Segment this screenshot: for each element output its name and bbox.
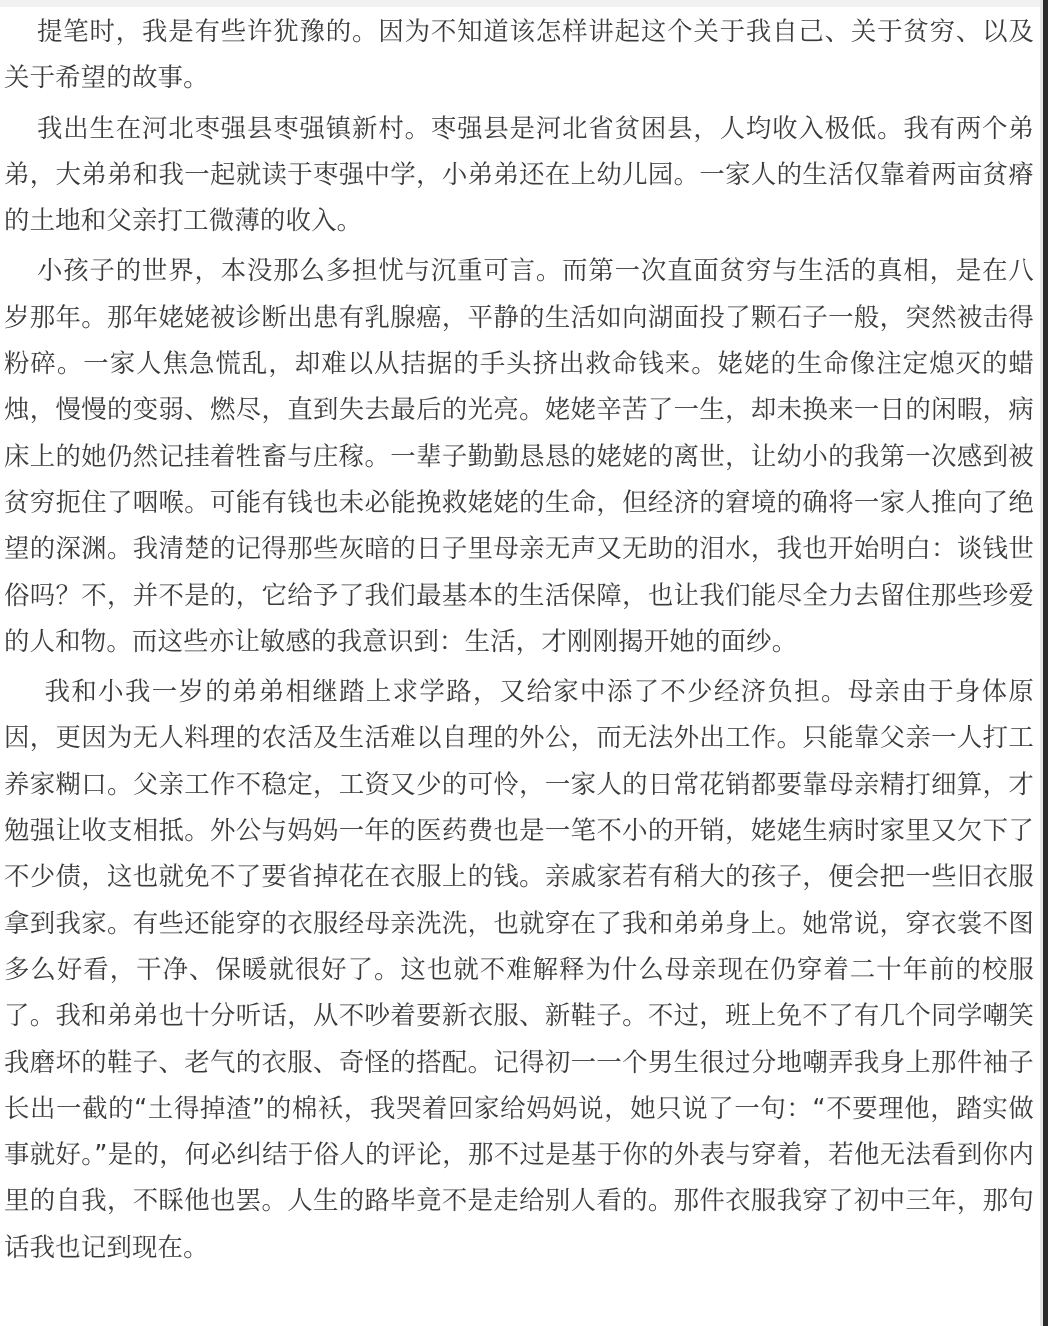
paragraph-intro: 提笔时，我是有些许犹豫的。因为不知道该怎样讲起这个关于我自己、关于贫穷、以及关于…: [4, 8, 1034, 101]
paragraph-grandmother: 小孩子的世界，本没那么多担忧与沉重可言。而第一次直面贫穷与生活的真相，是在八岁那…: [4, 247, 1034, 664]
article-body: 提笔时，我是有些许犹豫的。因为不知道该怎样讲起这个关于我自己、关于贫穷、以及关于…: [4, 8, 1034, 1274]
paragraph-schooling-clothes: 我和小我一岁的弟弟相继踏上求学路，又给家中添了不少经济负担。母亲由于身体原因，更…: [4, 668, 1034, 1270]
paragraph-birthplace: 我出生在河北枣强县枣强镇新村。枣强县是河北省贫困县，人均收入极低。我有两个弟弟，…: [4, 105, 1034, 244]
top-edge-strip: [0, 0, 1040, 7]
right-edge-border: [1043, 0, 1048, 1326]
